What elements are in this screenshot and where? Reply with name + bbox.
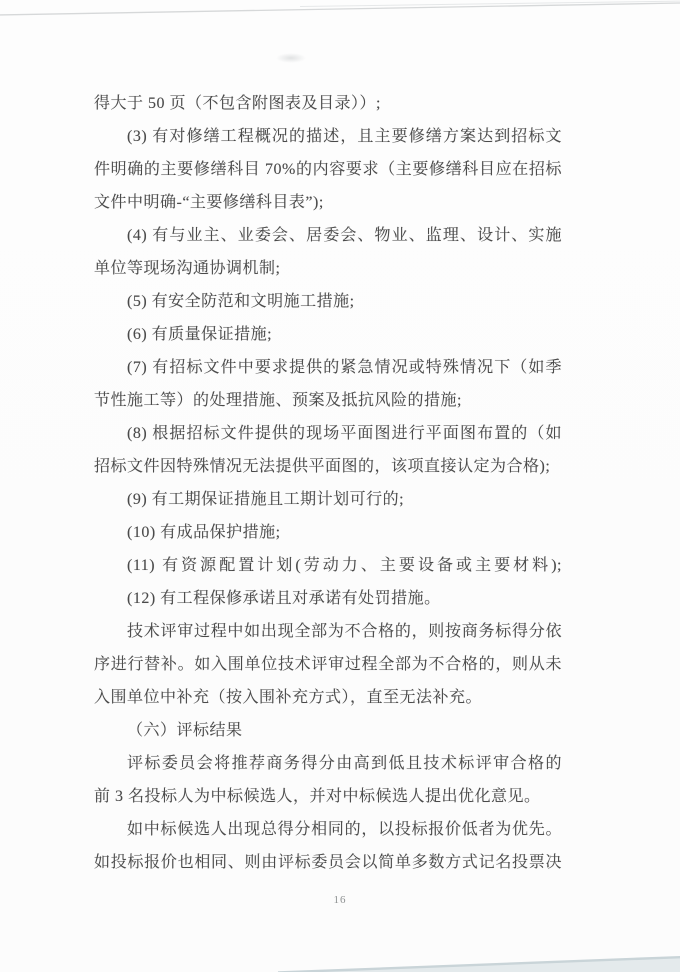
scan-smudge-artifact bbox=[276, 53, 306, 63]
page-number: 16 bbox=[0, 894, 680, 906]
document-line: 节性施工等）的处理措施、预案及抵抗风险的措施; bbox=[94, 384, 562, 417]
document-line: (8) 根据招标文件提供的现场平面图进行平面图布置的（如 bbox=[94, 417, 562, 450]
document-line: (3) 有对修缮工程概况的描述，且主要修缮方案达到招标文 bbox=[94, 120, 562, 153]
document-line: 入围单位中补充（按入围补充方式），直至无法补充。 bbox=[94, 681, 562, 714]
document-line: 评标委员会将推荐商务得分由高到低且技术标评审合格的 bbox=[94, 747, 562, 780]
document-body: 得大于 50 页（不包含附图表及目录））; (3) 有对修缮工程概况的描述，且主… bbox=[94, 87, 562, 879]
document-line: (9) 有工期保证措施且工期计划可行的; bbox=[94, 483, 562, 516]
document-line: (7) 有招标文件中要求提供的紧急情况或特殊情况下（如季 bbox=[94, 351, 562, 384]
document-line: 如中标候选人出现总得分相同的，以投标报价低者为优先。 bbox=[94, 813, 562, 846]
document-line: (6) 有质量保证措施; bbox=[94, 318, 562, 351]
document-line: 技术评审过程中如出现全部为不合格的，则按商务标得分依 bbox=[94, 615, 562, 648]
document-line: (10) 有成品保护措施; bbox=[94, 516, 562, 549]
document-line: (12) 有工程保修承诺且对承诺有处罚措施。 bbox=[94, 582, 562, 615]
document-line: (11) 有资源配置计划(劳动力、主要设备或主要材料); bbox=[94, 549, 562, 582]
document-line: 单位等现场沟通协调机制; bbox=[94, 252, 562, 285]
section-heading-line: （六）评标结果 bbox=[94, 714, 562, 747]
document-line: 前 3 名投标人为中标候选人，并对中标候选人提出优化意见。 bbox=[94, 780, 562, 813]
document-line: (4) 有与业主、业委会、居委会、物业、监理、设计、实施 bbox=[94, 219, 562, 252]
document-line: 序进行替补。如入围单位技术评审过程全部为不合格的，则从未 bbox=[94, 648, 562, 681]
document-line: 招标文件因特殊情况无法提供平面图的，该项直接认定为合格); bbox=[94, 450, 562, 483]
document-line: 得大于 50 页（不包含附图表及目录））; bbox=[94, 87, 562, 120]
document-line: (5) 有安全防范和文明施工措施; bbox=[94, 285, 562, 318]
document-line: 如投标报价也相同、则由评标委员会以简单多数方式记名投票决 bbox=[94, 846, 562, 879]
document-line: 文件中明确-“主要修缮科目表”); bbox=[94, 186, 562, 219]
document-page: 得大于 50 页（不包含附图表及目录））; (3) 有对修缮工程概况的描述，且主… bbox=[0, 0, 680, 972]
document-line: 件明确的主要修缮科目 70%的内容要求（主要修缮科目应在招标 bbox=[94, 153, 562, 186]
scan-edge-artifact-bottom bbox=[0, 947, 680, 972]
scan-edge-artifact-top bbox=[0, 0, 680, 22]
